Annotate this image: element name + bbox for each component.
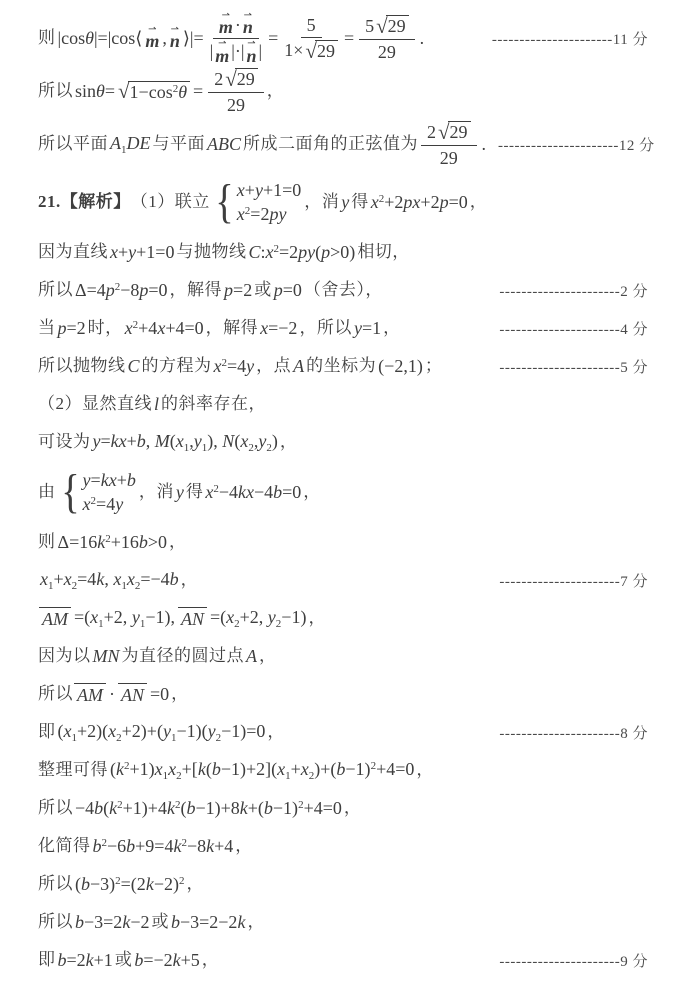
fraction: 2√2929 xyxy=(421,121,477,168)
vector-letter: n xyxy=(170,32,180,50)
math-run: sinθ= xyxy=(75,81,115,102)
equation-system: {x+y+1=0x2=2py xyxy=(213,180,302,224)
text-run: 相切， xyxy=(357,242,410,262)
radicand: 29 xyxy=(386,15,409,37)
vector-overline: AM xyxy=(39,607,71,630)
text-run: （舍去）， xyxy=(304,280,383,300)
document-page: 则|cosθ|=|cos⟨⇀m,⇀n⟩|=⇀m·⇀n|⇀m|·|⇀n|=51×√… xyxy=(0,0,682,998)
radical: √29 xyxy=(376,15,409,37)
math-run: y xyxy=(341,192,349,213)
line-part2-system: 由{y=kx+bx2=4y，消y得x2−4kx−4b=0， xyxy=(38,461,648,523)
math-run: A xyxy=(246,646,257,667)
line-squares-equal: 所以(b−3)2=(2k−2)2， xyxy=(38,865,648,903)
vector-overline: AM xyxy=(74,683,106,706)
text-run: ，解得 xyxy=(206,318,259,338)
line-content: 则|cosθ|=|cos⟨⇀m,⇀n⟩|=⇀m·⇀n|⇀m|·|⇀n|=51×√… xyxy=(38,13,426,65)
math-run: y xyxy=(176,482,184,503)
text-run: ， xyxy=(308,608,326,628)
text-run: 所成二面角的正弦值为 xyxy=(243,134,418,154)
line-part2-slope-exists: （2）显然直线l的斜率存在， xyxy=(38,385,648,423)
text-run: 的方程为 xyxy=(142,356,212,376)
line-content: 则Δ=16k2+16b>0， xyxy=(38,532,187,553)
score-marker: ----------------------8 分 xyxy=(499,722,648,743)
math-run: = xyxy=(344,28,354,49)
math-run: C:x2=2py(p>0) xyxy=(248,242,355,263)
math-run: (x1+2)(x2+2)+(y1−1)(y2−1)=0 xyxy=(58,721,266,744)
fraction-denominator: 29 xyxy=(226,93,246,116)
line-content: 整理可得(k2+1)x1x2+[k(b−1)+2](x1+x2)+(b−1)2+… xyxy=(38,759,434,782)
math-run: 2 xyxy=(427,122,436,143)
text-run: 得 xyxy=(186,482,204,502)
vector-letter: m xyxy=(219,18,233,36)
text-run: ，消 xyxy=(304,192,339,212)
math-run: p=2 xyxy=(58,318,86,339)
vector: ⇀m xyxy=(215,41,229,65)
text-run: ， xyxy=(280,432,298,452)
text-run: 所以 xyxy=(38,912,73,932)
line-content: 所以平面A1DE与平面ABC所成二面角的正弦值为2√2929. xyxy=(38,121,488,168)
line-substituted-equation: 所以−4b(k2+1)+4k2(b−1)+8k+(b−1)2+4=0， xyxy=(38,789,648,827)
text-run: 与平面 xyxy=(153,134,206,154)
line-vieta: x1+x2=4k, x1x2=−4b，---------------------… xyxy=(38,561,648,599)
radical: √29 xyxy=(438,121,471,143)
text-run: ， xyxy=(383,318,401,338)
line-content: 所以b−3=2k−2或b−3=2−2k， xyxy=(38,912,265,933)
vector-letter: m xyxy=(145,32,159,50)
fraction-denominator: |⇀m|·|⇀n| xyxy=(209,39,263,65)
math-run: 29 xyxy=(227,95,245,116)
math-run: |·| xyxy=(231,41,244,62)
line-content: 即b=2k+1或b=−2k+5， xyxy=(38,950,219,971)
text-run: ， xyxy=(186,874,204,894)
text-run: ， xyxy=(202,950,220,970)
fraction: 2√2929 xyxy=(208,68,264,115)
line-content: 因为以MN为直径的圆过点A， xyxy=(38,646,277,667)
line-b-solutions: 即b=2k+1或b=−2k+5，----------------------9 … xyxy=(38,941,648,979)
score-marker: ----------------------11 分 xyxy=(492,28,648,49)
text-run: 时， xyxy=(88,318,123,338)
score-marker: ----------------------9 分 xyxy=(499,950,648,971)
line-content: 由{y=kx+bx2=4y，消y得x2−4kx−4b=0， xyxy=(38,470,321,514)
line-content: 即(x1+2)(x2+2)+(y1−1)(y2−1)=0， xyxy=(38,721,285,744)
fraction-numerator: ⇀m·⇀n xyxy=(213,13,259,40)
radicand: 29 xyxy=(235,68,258,90)
line-content: x1+x2=4k, x1x2=−4b， xyxy=(38,569,198,592)
math-run: · xyxy=(235,15,241,36)
text-run: ， xyxy=(259,646,277,666)
radical: √29 xyxy=(305,40,338,62)
radical: √1−cos2θ xyxy=(118,81,190,103)
math-run: MN xyxy=(93,646,120,667)
line-content: 21.【解析】（1）联立{x+y+1=0x2=2py，消y得x2+2px+2p=… xyxy=(38,180,487,224)
math-run: (b−3)2=(2k−2)2 xyxy=(75,874,184,895)
text-run: 所以 xyxy=(38,280,73,300)
math-run: = xyxy=(193,81,203,102)
math-run: x+y+1=0 xyxy=(110,242,174,263)
text-run: ， xyxy=(247,912,265,932)
math-run: b=2k+1 xyxy=(58,950,113,971)
math-run: 29 xyxy=(378,42,396,63)
math-run: b=−2k+5 xyxy=(134,950,199,971)
text-run: 由 xyxy=(38,482,56,502)
text-run: ， xyxy=(171,684,189,704)
math-run: x1+x2=4k, x1x2=−4b xyxy=(40,569,179,592)
equation-system-row: x2=4y xyxy=(83,494,136,515)
math-run: p=0 xyxy=(274,280,302,301)
line-content: 当p=2时，x2+4x+4=0，解得x=−2，所以y=1， xyxy=(38,318,401,339)
equation-system-row: x+y+1=0 xyxy=(237,180,301,201)
math-run: ⟩|= xyxy=(183,28,204,49)
math-run: p=2 xyxy=(224,280,252,301)
radicand: 1−cos2θ xyxy=(128,81,191,103)
line-dot-product-zero: 所以AM·AN=0， xyxy=(38,675,648,713)
line-content: 所以sinθ=√1−cos2θ=2√2929， xyxy=(38,68,284,115)
line-content: 可设为y=kx+b, M(x1,y1), N(x2,y2)， xyxy=(38,431,297,454)
line-line-setup: 可设为y=kx+b, M(x1,y1), N(x2,y2)， xyxy=(38,423,648,461)
text-run: ，所以 xyxy=(299,318,352,338)
brace-icon: { xyxy=(215,180,233,223)
vector: ⇀m xyxy=(219,13,233,37)
text-run: 因为直线 xyxy=(38,242,108,262)
line-rearranged-equation: 整理可得(k2+1)x1x2+[k(b−1)+2](x1+x2)+(b−1)2+… xyxy=(38,751,648,789)
score-marker: ----------------------7 分 xyxy=(499,570,648,591)
math-run: ABC xyxy=(207,134,241,155)
text-run: 整理可得 xyxy=(38,760,108,780)
line-two-cases: 所以b−3=2k−2或b−3=2−2k， xyxy=(38,903,648,941)
text-run: 即 xyxy=(38,950,56,970)
math-run: 5 xyxy=(365,16,374,37)
text-run: 或 xyxy=(115,950,133,970)
vector-overline: AN xyxy=(178,607,207,630)
brace-icon: { xyxy=(61,470,79,513)
line-tangent-condition: 因为直线x+y+1=0与抛物线C:x2=2py(p>0)相切， xyxy=(38,233,648,271)
vector-letter: n xyxy=(246,47,256,65)
text-run: ， xyxy=(344,798,362,818)
line-sin-theta: 所以sinθ=√1−cos2θ=2√2929， xyxy=(38,65,648,118)
text-run: ， xyxy=(303,482,321,502)
math-run: | xyxy=(258,41,262,62)
fraction-denominator: 29 xyxy=(439,146,459,169)
vector-letter: m xyxy=(215,47,229,65)
math-run: |cosθ|=|cos⟨ xyxy=(58,28,143,49)
line-content: 所以Δ=4p2−8p=0，解得p=2或p=0（舍去）， xyxy=(38,280,383,301)
line-content: 化简得b2−6b+9=4k2−8k+4， xyxy=(38,836,253,857)
vector: ⇀n xyxy=(243,13,253,37)
text-run: 当 xyxy=(38,318,56,338)
line-content: 所以AM·AN=0， xyxy=(38,683,189,706)
fraction: ⇀m·⇀n|⇀m|·|⇀n| xyxy=(209,13,263,65)
score-marker: ----------------------5 分 xyxy=(499,356,648,377)
equation-system-rows: y=kx+bx2=4y xyxy=(83,470,136,514)
text-run: 的斜率存在， xyxy=(161,394,266,414)
math-run: Δ=16k2+16b>0 xyxy=(58,532,168,553)
text-run: （2）显然直线 xyxy=(38,394,152,414)
math-run: x2=4y xyxy=(214,356,255,377)
math-run: Δ=4p2−8p=0 xyxy=(75,280,168,301)
line-discriminant-p: 所以Δ=4p2−8p=0，解得p=2或p=0（舍去），-------------… xyxy=(38,271,648,309)
text-run: 或 xyxy=(151,912,169,932)
math-run: x2+4x+4=0 xyxy=(125,318,204,339)
text-run: ， xyxy=(169,532,187,552)
score-marker: ----------------------4 分 xyxy=(499,318,648,339)
math-run: (−2,1) xyxy=(378,356,423,377)
radicand: 29 xyxy=(315,40,338,62)
text-run: 所以抛物线 xyxy=(38,356,126,376)
score-marker: ----------------------2 分 xyxy=(499,280,648,301)
text-run: 与抛物线 xyxy=(176,242,246,262)
line-dihedral-sine: 所以平面A1DE与平面ABC所成二面角的正弦值为2√2929.---------… xyxy=(38,118,648,171)
math-run: x2−4kx−4b=0 xyxy=(205,482,301,503)
math-run: , xyxy=(162,28,167,49)
text-run: 可设为 xyxy=(38,432,91,452)
fraction-numerator: 5 xyxy=(301,15,322,39)
fraction-denominator: 1×√29 xyxy=(283,38,339,62)
math-run: 2 xyxy=(214,69,223,90)
text-run: ，点 xyxy=(256,356,291,376)
score-marker: ----------------------12 分 xyxy=(498,134,655,155)
text-run: 所以 xyxy=(38,81,73,101)
line-discriminant-k: 则Δ=16k2+16b>0， xyxy=(38,523,648,561)
vector: ⇀n xyxy=(170,27,180,51)
text-run: 或 xyxy=(254,280,272,300)
line-parabola-equation: 所以抛物线C的方程为x2=4y，点A的坐标为(−2,1)；-----------… xyxy=(38,347,648,385)
text-run: 得 xyxy=(351,192,369,212)
math-run: 5 xyxy=(307,15,316,36)
math-run: | xyxy=(210,41,214,62)
text-run: ， xyxy=(235,836,253,856)
vector-letter: n xyxy=(243,18,253,36)
line-content: AM=(x1+2, y1−1),AN=(x2+2, y2−1)， xyxy=(38,607,326,630)
line-expanded-equation: 即(x1+2)(x2+2)+(y1−1)(y2−1)=0，-----------… xyxy=(38,713,648,751)
radicand: 29 xyxy=(448,121,471,143)
fraction-numerator: 5√29 xyxy=(359,15,415,40)
text-run: 即 xyxy=(38,722,56,742)
fraction-numerator: 2√29 xyxy=(208,68,264,93)
math-run: b−3=2−2k xyxy=(171,912,245,933)
text-run: ， xyxy=(470,192,488,212)
math-run: =0 xyxy=(150,684,169,705)
line-content: （2）显然直线l的斜率存在， xyxy=(38,394,266,415)
math-run: l xyxy=(154,394,159,415)
text-run: ， xyxy=(181,570,199,590)
text-run: 的坐标为 xyxy=(306,356,376,376)
math-run: b−3=2k−2 xyxy=(75,912,149,933)
text-run: ， xyxy=(267,81,285,101)
line-p-equals-2: 当p=2时，x2+4x+4=0，解得x=−2，所以y=1，-----------… xyxy=(38,309,648,347)
text-run: ，解得 xyxy=(170,280,223,300)
vector: ⇀m xyxy=(145,27,159,51)
text-run: ，消 xyxy=(139,482,174,502)
text-run: （1）联立 xyxy=(131,192,210,212)
text-run: 所以 xyxy=(38,874,73,894)
math-run: −4b(k2+1)+4k2(b−1)+8k+(b−1)2+4=0 xyxy=(75,798,342,819)
math-run: x=−2 xyxy=(260,318,297,339)
line-q21-part1-system: 21.【解析】（1）联立{x+y+1=0x2=2py，消y得x2+2px+2p=… xyxy=(38,171,648,233)
line-content: 所以−4b(k2+1)+4k2(b−1)+8k+(b−1)2+4=0， xyxy=(38,798,361,819)
math-run: . xyxy=(420,28,425,49)
math-run: (k2+1)x1x2+[k(b−1)+2](x1+x2)+(b−1)2+4=0 xyxy=(110,759,414,782)
math-run: =(x2+2, y2−1) xyxy=(210,607,306,630)
math-run: = xyxy=(268,28,278,49)
text-run: 所以平面 xyxy=(38,134,108,154)
line-simplified-equation: 化简得b2−6b+9=4k2−8k+4， xyxy=(38,827,648,865)
equation-system-row: y=kx+b xyxy=(83,470,136,491)
line-content: 所以(b−3)2=(2k−2)2， xyxy=(38,874,204,895)
solution-lines-container: 则|cosθ|=|cos⟨⇀m,⇀n⟩|=⇀m·⇀n|⇀m|·|⇀n|=51×√… xyxy=(38,12,648,979)
math-run: C xyxy=(128,356,140,377)
equation-system-rows: x+y+1=0x2=2py xyxy=(237,180,301,224)
text-run: 因为以 xyxy=(38,646,91,666)
math-run: =(x1+2, y1−1), xyxy=(74,607,175,630)
text-run: ， xyxy=(267,722,285,742)
math-run: A xyxy=(293,356,304,377)
equation-system-row: x2=2py xyxy=(237,204,301,225)
text-run: 所以 xyxy=(38,684,73,704)
math-run: x2+2px+2p=0 xyxy=(371,192,468,213)
radical: √29 xyxy=(225,68,258,90)
math-run: b2−6b+9=4k2−8k+4 xyxy=(93,836,234,857)
fraction-denominator: 29 xyxy=(377,40,397,63)
text-run: 则 xyxy=(38,532,56,552)
line-content: 所以抛物线C的方程为x2=4y，点A的坐标为(−2,1)； xyxy=(38,356,442,377)
math-run: y=1 xyxy=(354,318,381,339)
text-run: ， xyxy=(416,760,434,780)
vector: ⇀n xyxy=(246,41,256,65)
math-run: . xyxy=(482,134,487,155)
text-run: ； xyxy=(425,356,443,376)
text-run: 化简得 xyxy=(38,836,91,856)
text-run: 所以 xyxy=(38,798,73,818)
fraction: 5√2929 xyxy=(359,15,415,62)
text-run: 为直径的圆过点 xyxy=(122,646,245,666)
line-cos-theta-value: 则|cosθ|=|cos⟨⇀m,⇀n⟩|=⇀m·⇀n|⇀m|·|⇀n|=51×√… xyxy=(38,12,648,65)
math-run: 1× xyxy=(284,40,303,61)
math-run: 29 xyxy=(440,148,458,169)
text-run: 则 xyxy=(38,28,56,48)
math-run: · xyxy=(109,684,115,705)
line-content: 因为直线x+y+1=0与抛物线C:x2=2py(p>0)相切， xyxy=(38,242,410,263)
math-run: y=kx+b, M(x1,y1), N(x2,y2) xyxy=(93,431,278,454)
math-run: A1DE xyxy=(110,133,151,156)
line-circle-diameter: 因为以MN为直径的圆过点A， xyxy=(38,637,648,675)
equation-system: {y=kx+bx2=4y xyxy=(59,470,136,514)
vector-overline: AN xyxy=(118,683,147,706)
line-vectors-am-an: AM=(x1+2, y1−1),AN=(x2+2, y2−1)， xyxy=(38,599,648,637)
bold-text-run: 21.【解析】 xyxy=(38,192,131,212)
fraction: 51×√29 xyxy=(283,15,339,62)
fraction-numerator: 2√29 xyxy=(421,121,477,146)
